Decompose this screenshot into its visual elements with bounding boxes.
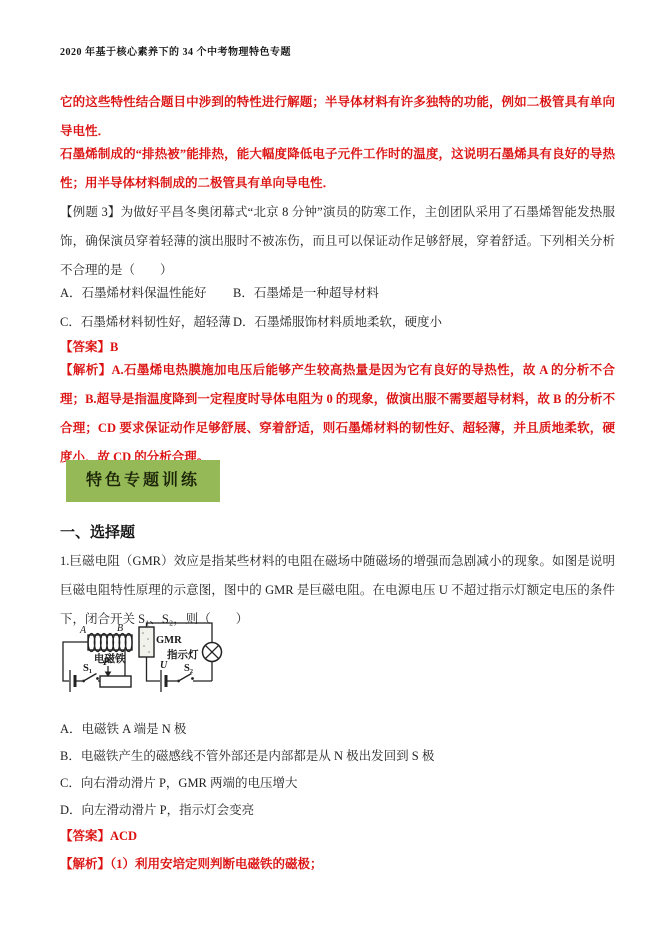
gmr-bottom-wire	[147, 657, 161, 681]
example3-stem: 【例题 3】为做好平昌冬奥闭幕式“北京 8 分钟”演员的防寒工作，主创团队采用了…	[60, 198, 615, 285]
switch-s2-icon	[177, 674, 212, 683]
question1-options: A．电磁铁 A 端是 N 极 B．电磁铁产生的磁感线不管外部还是内部都是从 N …	[60, 716, 615, 824]
battery-u-icon	[161, 670, 177, 692]
question1-option-d: D．向左滑动滑片 P，指示灯会变亮	[60, 797, 615, 824]
document-page: 2020 年基于核心素养下的 34 个中考物理特色专题 它的这些特性结合题目中涉…	[0, 0, 661, 935]
gmr-icon	[139, 627, 154, 657]
diagram-label-a: A	[79, 625, 87, 636]
intro-paragraph-1: 它的这些特性结合题目中涉到的特性进行解题；半导体材料有许多独特的功能，例如二极管…	[60, 88, 615, 146]
question1-answer: 【答案】ACD	[60, 823, 615, 850]
section-heading: 一、选择题	[60, 519, 615, 547]
electromagnet-label: 电磁铁	[94, 652, 126, 665]
example3-options: A．石墨烯材料保温性能好 B．石墨烯是一种超导材料 C．石墨烯材料韧性好，超轻薄…	[60, 279, 615, 337]
coil-icon	[88, 634, 132, 652]
diagram-label-u: U	[160, 660, 168, 671]
training-badge: 特色专题训练	[66, 460, 220, 502]
diagram-label-s2: S₂	[184, 663, 193, 674]
example3-option-d: D．石墨烯服饰材料质地柔软，硬度小	[233, 308, 615, 337]
example3-options-row-1: A．石墨烯材料保温性能好 B．石墨烯是一种超导材料	[60, 279, 615, 308]
circuit-diagram-svg: S₁ P A B 电磁铁	[55, 617, 235, 695]
rheostat-icon	[100, 676, 131, 687]
gmr-label: GMR	[156, 635, 182, 646]
circuit-diagram: S₁ P A B 电磁铁	[55, 617, 615, 695]
example3-option-b: B．石墨烯是一种超导材料	[233, 279, 615, 308]
question1-option-a: A．电磁铁 A 端是 N 极	[60, 716, 615, 743]
example3-options-row-2: C．石墨烯材料韧性好，超轻薄 D．石墨烯服饰材料质地柔软，硬度小	[60, 308, 615, 337]
example3-analysis: 【解析】A.石墨烯电热膜施加电压后能够产生较高热量是因为它有良好的导热性，故 A…	[60, 356, 615, 472]
question1-analysis: 【解析】（1）利用安培定则判断电磁铁的磁极；	[60, 851, 615, 878]
diagram-label-s1: S₁	[83, 663, 92, 674]
intro-paragraph-2: 石墨烯制成的“排热被”能排热，能大幅度降低电子元件工作时的温度，这说明石墨烯具有…	[60, 140, 615, 198]
page-header: 2020 年基于核心素养下的 34 个中考物理特色专题	[60, 46, 615, 60]
question1-option-b: B．电磁铁产生的磁感线不管外部还是内部都是从 N 极出发回到 S 极	[60, 743, 615, 770]
question1-option-c: C．向右滑动滑片 P，GMR 两端的电压增大	[60, 770, 615, 797]
switch-s1-icon	[82, 674, 100, 683]
battery-icon	[70, 670, 82, 692]
example3-option-a: A．石墨烯材料保温性能好	[60, 279, 233, 308]
indicator-lamp-icon	[203, 643, 222, 662]
diagram-label-b: B	[117, 623, 123, 634]
lamp-label: 指示灯	[167, 648, 199, 661]
